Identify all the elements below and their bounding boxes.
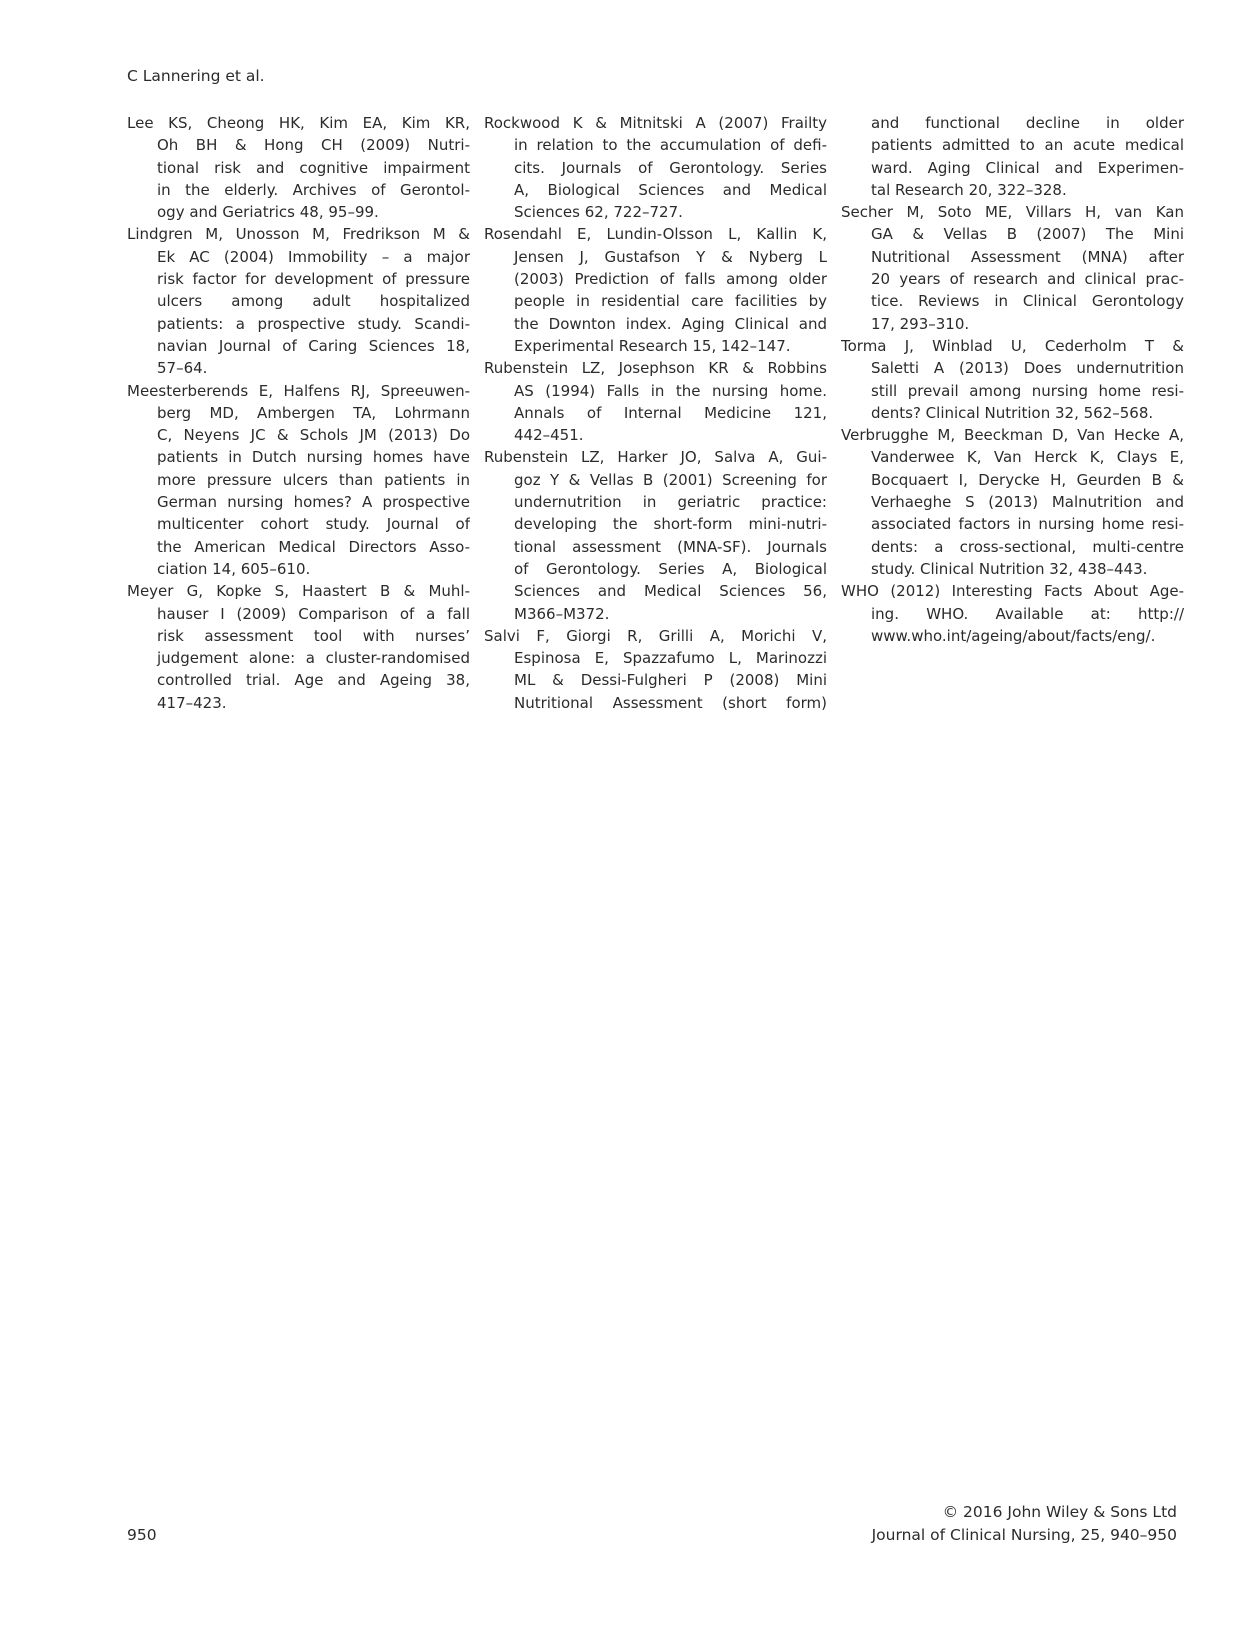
reference-line: tal Research 20, 322–328. bbox=[841, 179, 1184, 201]
reference-line: Sciences 62, 722–727. bbox=[484, 201, 827, 223]
reference-entry: Salvi F, Giorgi R, Grilli A, Morichi V,E… bbox=[484, 625, 827, 714]
references-column-1: Lee KS, Cheong HK, Kim EA, Kim KR,Oh BH … bbox=[127, 112, 470, 714]
reference-line: Annals of Internal Medicine 121, bbox=[484, 402, 827, 424]
reference-line: and functional decline in older bbox=[841, 112, 1184, 134]
reference-line: 20 years of research and clinical prac- bbox=[841, 268, 1184, 290]
reference-line: Rubenstein LZ, Josephson KR & Robbins bbox=[484, 357, 827, 379]
reference-line: Saletti A (2013) Does undernutrition bbox=[841, 357, 1184, 379]
copyright-line: © 2016 John Wiley & Sons Ltd bbox=[872, 1501, 1177, 1524]
references-column-2: Rockwood K & Mitnitski A (2007) Frailtyi… bbox=[484, 112, 827, 714]
reference-line: Lee KS, Cheong HK, Kim EA, Kim KR, bbox=[127, 112, 470, 134]
reference-line: risk factor for development of pressure bbox=[127, 268, 470, 290]
page-number: 950 bbox=[127, 1524, 157, 1547]
reference-line: Bocquaert I, Derycke H, Geurden B & bbox=[841, 469, 1184, 491]
reference-entry: Lindgren M, Unosson M, Fredrikson M &Ek … bbox=[127, 223, 470, 379]
reference-line: Meyer G, Kopke S, Haastert B & Muhl- bbox=[127, 580, 470, 602]
reference-line: the Downton index. Aging Clinical and bbox=[484, 313, 827, 335]
reference-line: tional assessment (MNA-SF). Journals bbox=[484, 536, 827, 558]
reference-line: patients in Dutch nursing homes have bbox=[127, 446, 470, 468]
reference-entry: Rubenstein LZ, Harker JO, Salva A, Gui-g… bbox=[484, 446, 827, 624]
reference-line: dents? Clinical Nutrition 32, 562–568. bbox=[841, 402, 1184, 424]
reference-line: Jensen J, Gustafson Y & Nyberg L bbox=[484, 246, 827, 268]
reference-line: tice. Reviews in Clinical Gerontology bbox=[841, 290, 1184, 312]
reference-line: cits. Journals of Gerontology. Series bbox=[484, 157, 827, 179]
reference-line: patients: a prospective study. Scandi- bbox=[127, 313, 470, 335]
reference-line: Rubenstein LZ, Harker JO, Salva A, Gui- bbox=[484, 446, 827, 468]
reference-line: Ek AC (2004) Immobility – a major bbox=[127, 246, 470, 268]
reference-line: C, Neyens JC & Schols JM (2013) Do bbox=[127, 424, 470, 446]
reference-line: A, Biological Sciences and Medical bbox=[484, 179, 827, 201]
reference-line: ulcers among adult hospitalized bbox=[127, 290, 470, 312]
reference-line: Meesterberends E, Halfens RJ, Spreeuwen- bbox=[127, 380, 470, 402]
reference-entry: Torma J, Winblad U, Cederholm T &Saletti… bbox=[841, 335, 1184, 424]
reference-line: hauser I (2009) Comparison of a fall bbox=[127, 603, 470, 625]
reference-entry: Rubenstein LZ, Josephson KR & RobbinsAS … bbox=[484, 357, 827, 446]
running-head: C Lannering et al. bbox=[127, 66, 265, 86]
reference-line: Vanderwee K, Van Herck K, Clays E, bbox=[841, 446, 1184, 468]
reference-line: www.who.int/ageing/about/facts/eng/. bbox=[841, 625, 1184, 647]
reference-line: Rockwood K & Mitnitski A (2007) Frailty bbox=[484, 112, 827, 134]
reference-line: 442–451. bbox=[484, 424, 827, 446]
reference-line: controlled trial. Age and Ageing 38, bbox=[127, 669, 470, 691]
footer-imprint: © 2016 John Wiley & Sons Ltd Journal of … bbox=[872, 1501, 1177, 1547]
reference-line: Nutritional Assessment (short form) bbox=[484, 692, 827, 714]
reference-entry: Rosendahl E, Lundin-Olsson L, Kallin K,J… bbox=[484, 223, 827, 357]
reference-line: Rosendahl E, Lundin-Olsson L, Kallin K, bbox=[484, 223, 827, 245]
reference-line: undernutrition in geriatric practice: bbox=[484, 491, 827, 513]
reference-line: Torma J, Winblad U, Cederholm T & bbox=[841, 335, 1184, 357]
reference-line: 57–64. bbox=[127, 357, 470, 379]
reference-line: Sciences and Medical Sciences 56, bbox=[484, 580, 827, 602]
reference-line: ogy and Geriatrics 48, 95–99. bbox=[127, 201, 470, 223]
reference-entry: Lee KS, Cheong HK, Kim EA, Kim KR,Oh BH … bbox=[127, 112, 470, 223]
reference-line: multicenter cohort study. Journal of bbox=[127, 513, 470, 535]
reference-line: study. Clinical Nutrition 32, 438–443. bbox=[841, 558, 1184, 580]
references-section: Lee KS, Cheong HK, Kim EA, Kim KR,Oh BH … bbox=[127, 112, 1185, 714]
reference-entry: Rockwood K & Mitnitski A (2007) Frailtyi… bbox=[484, 112, 827, 223]
reference-entry: and functional decline in olderpatients … bbox=[841, 112, 1184, 201]
reference-line: patients admitted to an acute medical bbox=[841, 134, 1184, 156]
reference-line: people in residential care facilities by bbox=[484, 290, 827, 312]
reference-line: goz Y & Vellas B (2001) Screening for bbox=[484, 469, 827, 491]
reference-line: Salvi F, Giorgi R, Grilli A, Morichi V, bbox=[484, 625, 827, 647]
reference-line: ing. WHO. Available at: http:// bbox=[841, 603, 1184, 625]
reference-entry: WHO (2012) Interesting Facts About Age-i… bbox=[841, 580, 1184, 647]
reference-line: ML & Dessi-Fulgheri P (2008) Mini bbox=[484, 669, 827, 691]
reference-line: navian Journal of Caring Sciences 18, bbox=[127, 335, 470, 357]
reference-line: GA & Vellas B (2007) The Mini bbox=[841, 223, 1184, 245]
reference-line: more pressure ulcers than patients in bbox=[127, 469, 470, 491]
reference-line: 417–423. bbox=[127, 692, 470, 714]
reference-line: 17, 293–310. bbox=[841, 313, 1184, 335]
reference-line: risk assessment tool with nurses’ bbox=[127, 625, 470, 647]
reference-line: developing the short-form mini-nutri- bbox=[484, 513, 827, 535]
reference-entry: Meyer G, Kopke S, Haastert B & Muhl-haus… bbox=[127, 580, 470, 714]
reference-line: Espinosa E, Spazzafumo L, Marinozzi bbox=[484, 647, 827, 669]
reference-line: of Gerontology. Series A, Biological bbox=[484, 558, 827, 580]
reference-line: Experimental Research 15, 142–147. bbox=[484, 335, 827, 357]
reference-line: ward. Aging Clinical and Experimen- bbox=[841, 157, 1184, 179]
reference-line: (2003) Prediction of falls among older bbox=[484, 268, 827, 290]
reference-line: dents: a cross-sectional, multi-centre bbox=[841, 536, 1184, 558]
reference-entry: Secher M, Soto ME, Villars H, van KanGA … bbox=[841, 201, 1184, 335]
reference-line: tional risk and cognitive impairment bbox=[127, 157, 470, 179]
references-column-3: and functional decline in olderpatients … bbox=[841, 112, 1184, 714]
reference-line: still prevail among nursing home resi- bbox=[841, 380, 1184, 402]
reference-line: Oh BH & Hong CH (2009) Nutri- bbox=[127, 134, 470, 156]
reference-line: AS (1994) Falls in the nursing home. bbox=[484, 380, 827, 402]
journal-citation-line: Journal of Clinical Nursing, 25, 940–950 bbox=[872, 1524, 1177, 1547]
reference-line: WHO (2012) Interesting Facts About Age- bbox=[841, 580, 1184, 602]
reference-line: judgement alone: a cluster-randomised bbox=[127, 647, 470, 669]
reference-entry: Meesterberends E, Halfens RJ, Spreeuwen-… bbox=[127, 380, 470, 581]
reference-line: ciation 14, 605–610. bbox=[127, 558, 470, 580]
reference-line: Nutritional Assessment (MNA) after bbox=[841, 246, 1184, 268]
reference-line: Verbrugghe M, Beeckman D, Van Hecke A, bbox=[841, 424, 1184, 446]
reference-line: berg MD, Ambergen TA, Lohrmann bbox=[127, 402, 470, 424]
reference-line: Secher M, Soto ME, Villars H, van Kan bbox=[841, 201, 1184, 223]
reference-line: in the elderly. Archives of Gerontol- bbox=[127, 179, 470, 201]
reference-line: Verhaeghe S (2013) Malnutrition and bbox=[841, 491, 1184, 513]
reference-line: M366–M372. bbox=[484, 603, 827, 625]
reference-line: German nursing homes? A prospective bbox=[127, 491, 470, 513]
document-page: C Lannering et al. Lee KS, Cheong HK, Ki… bbox=[0, 0, 1241, 1630]
reference-line: the American Medical Directors Asso- bbox=[127, 536, 470, 558]
reference-line: in relation to the accumulation of defi- bbox=[484, 134, 827, 156]
reference-entry: Verbrugghe M, Beeckman D, Van Hecke A,Va… bbox=[841, 424, 1184, 580]
reference-line: Lindgren M, Unosson M, Fredrikson M & bbox=[127, 223, 470, 245]
reference-line: associated factors in nursing home resi- bbox=[841, 513, 1184, 535]
